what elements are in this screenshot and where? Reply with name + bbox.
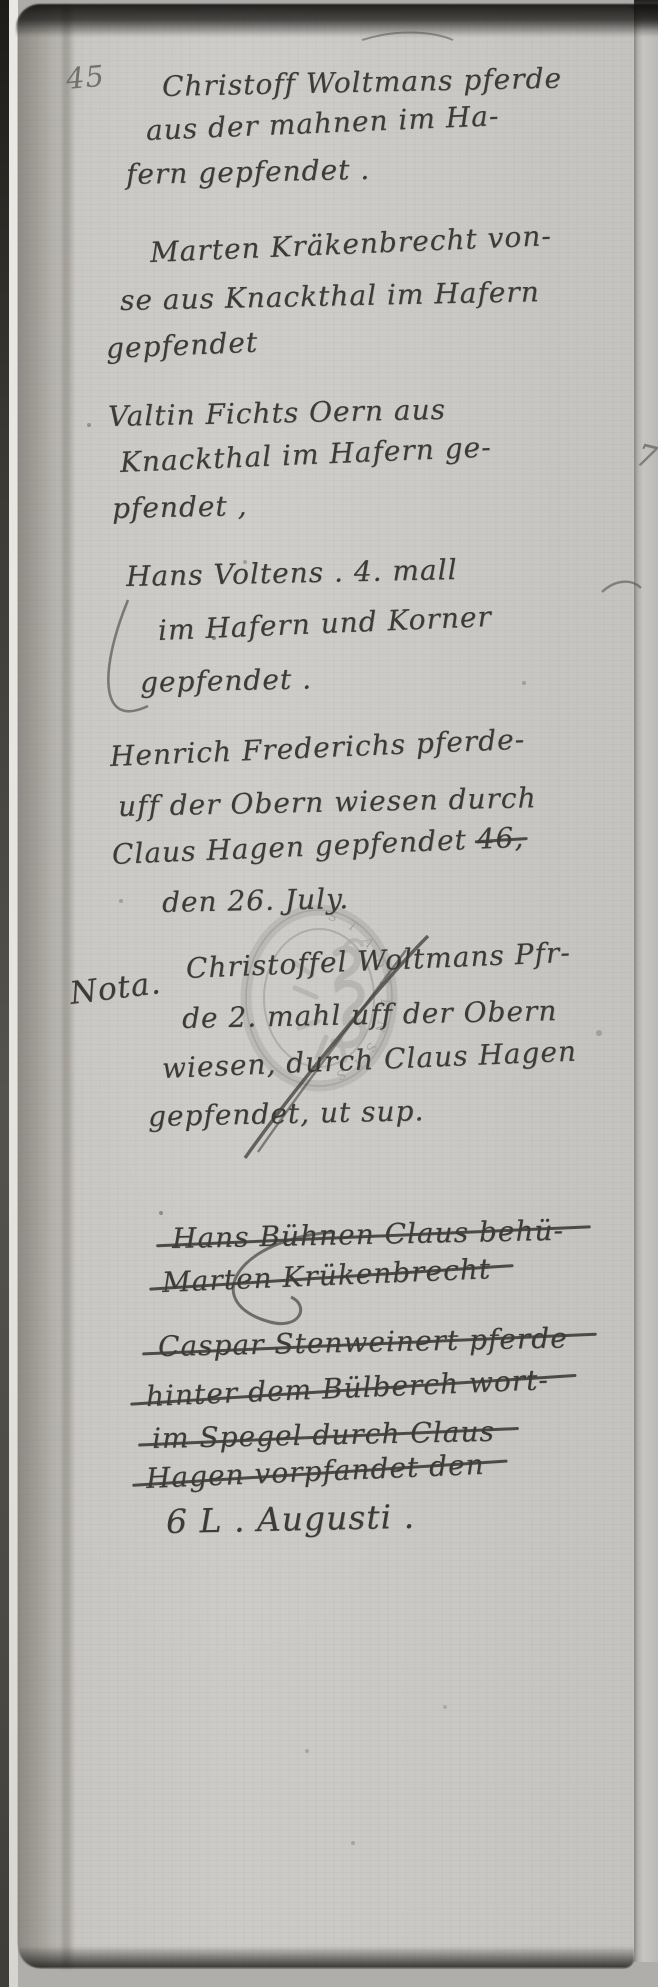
closing-date-line: 6 L . Augusti . <box>166 1497 416 1541</box>
page-bottom-edge <box>18 1946 634 1968</box>
page-number: 45 <box>65 59 107 96</box>
struck-token: 46, <box>476 821 525 856</box>
manuscript-line: gepfendet . <box>140 662 313 699</box>
book-edge-dark-strip <box>0 0 9 1987</box>
manuscript-line: pfendet , <box>112 489 248 525</box>
page-top-edge <box>16 4 658 37</box>
book-edge-light-strip <box>9 0 18 1987</box>
manuscript-line: Hans Voltens . 4. mall <box>126 553 458 593</box>
manuscript-scan: S T A D I E N S I S 45 7 Christoff Woltm… <box>0 0 658 1987</box>
paper-specks <box>0 0 2 2</box>
manuscript-line: fern gepfendet . <box>126 153 371 191</box>
entry-date-line: den 26. July. <box>162 882 350 919</box>
manuscript-line: gepfendet <box>105 326 258 365</box>
manuscript-line: gepfendet, ut sup. <box>148 1094 425 1133</box>
facing-page-top-shade <box>634 0 658 30</box>
facing-page-edge <box>634 6 658 1962</box>
